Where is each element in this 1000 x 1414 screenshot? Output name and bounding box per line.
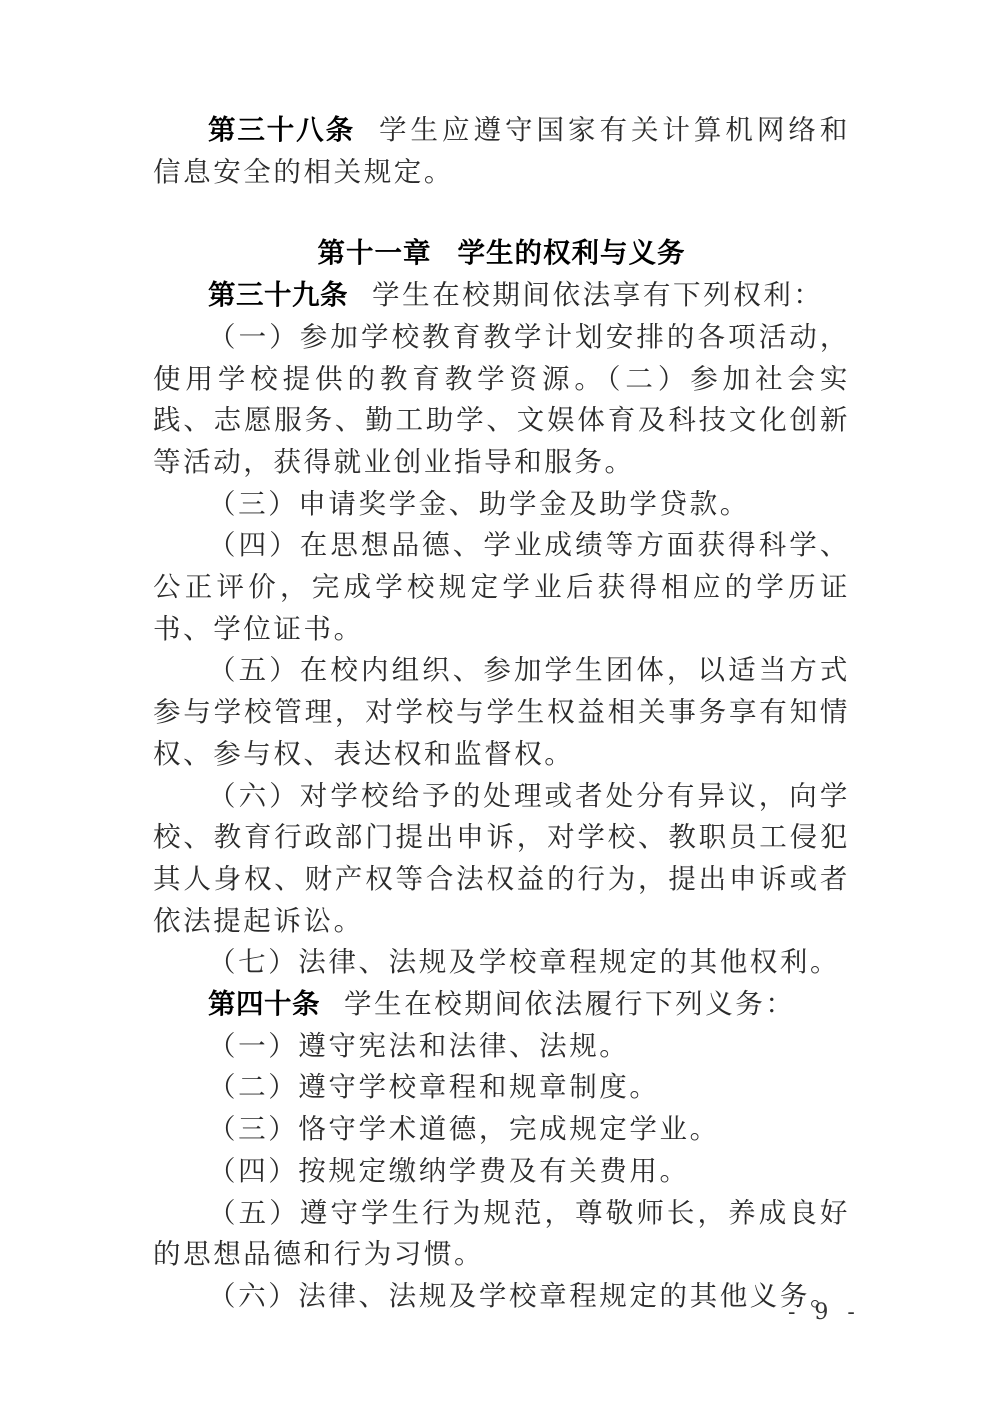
right-item: （七）法律、法规及学校章程规定的其他权利。 <box>153 942 850 984</box>
article-number: 第三十八条 <box>208 114 355 146</box>
duty-item: （四）按规定缴纳学费及有关费用。 <box>153 1151 850 1193</box>
article-39: 第三十九条学生在校期间依法享有下列权利： <box>153 275 850 317</box>
page-number: - 9 - <box>788 1300 861 1325</box>
duty-item: （二）遵守学校章程和规章制度。 <box>153 1067 850 1109</box>
duty-item: （五）遵守学生行为规范，尊敬师长，养成良好的思想品德和行为习惯。 <box>153 1193 850 1276</box>
chapter-heading: 第十一章学生的权利与义务 <box>153 233 850 275</box>
chapter-number: 第十一章 <box>318 237 432 269</box>
right-item: （六）对学校给予的处理或者处分有异议，向学校、教育行政部门提出申诉，对学校、教职… <box>153 776 850 943</box>
article-40: 第四十条学生在校期间依法履行下列义务： <box>153 984 850 1026</box>
article-38: 第三十八条学生应遵守国家有关计算机网络和信息安全的相关规定。 <box>153 110 850 193</box>
article-text: 学生在校期间依法履行下列义务： <box>344 988 796 1020</box>
article-number: 第四十条 <box>208 988 320 1020</box>
document-body: 第三十八条学生应遵守国家有关计算机网络和信息安全的相关规定。 第十一章学生的权利… <box>153 110 850 1318</box>
article-number: 第三十九条 <box>208 279 348 311</box>
right-item: （一）参加学校教育教学计划安排的各项活动，使用学校提供的教育教学资源。（二）参加… <box>153 317 850 484</box>
right-item: （三）申请奖学金、助学金及助学贷款。 <box>153 484 850 526</box>
right-item: （五）在校内组织、参加学生团体，以适当方式参与学校管理，对学校与学生权益相关事务… <box>153 650 850 775</box>
article-text: 学生在校期间依法享有下列权利： <box>372 279 824 311</box>
right-item: （四）在思想品德、学业成绩等方面获得科学、公正评价，完成学校规定学业后获得相应的… <box>153 525 850 650</box>
duty-item: （一）遵守宪法和法律、法规。 <box>153 1026 850 1068</box>
duty-item: （六）法律、法规及学校章程规定的其他义务。 <box>153 1276 850 1318</box>
chapter-title: 学生的权利与义务 <box>458 237 686 269</box>
duty-item: （三）恪守学术道德，完成规定学业。 <box>153 1109 850 1151</box>
